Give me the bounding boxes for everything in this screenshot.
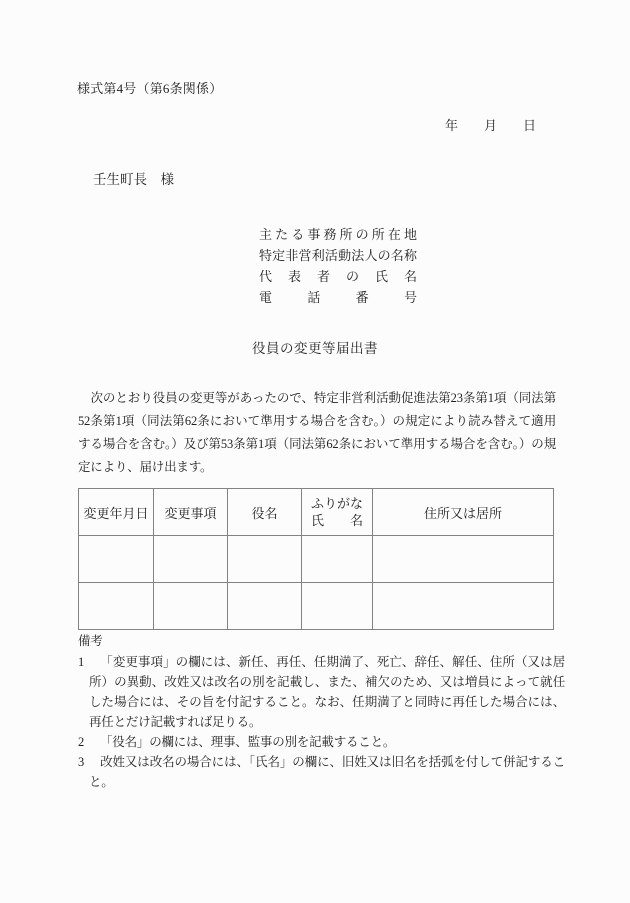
remark-text: 「変更事項」の欄には、新任、再任、任期満了、死亡、辞任、解任、住所（又は居所）の… (89, 655, 565, 729)
cell-change-item[interactable] (154, 536, 228, 583)
document-title: 役員の変更等届出書 (0, 337, 630, 357)
remark-number: 2 (78, 732, 100, 752)
sender-field-office-address[interactable]: 主たる事務所の所在地 (259, 224, 417, 245)
remark-text: 改姓又は改名の場合には、「氏名」の欄に、旧姓又は旧名を括弧を付して併記すること。 (89, 755, 565, 789)
cell-change-date[interactable] (79, 536, 154, 583)
remark-text: 「役名」の欄には、理事、監事の別を記載すること。 (100, 735, 395, 749)
sender-field-phone-number[interactable]: 電話番号 (259, 287, 417, 308)
furigana-name-label: ふりがな 氏 名 (311, 495, 363, 529)
sender-field-corporation-name[interactable]: 特定非営利活動法人の名称 (259, 245, 417, 266)
header-change-item: 変更事項 (154, 489, 228, 536)
header-officer-title: 役名 (228, 489, 302, 536)
name-label: 氏 名 (311, 513, 363, 528)
table-row (79, 536, 554, 583)
cell-officer-title[interactable] (228, 536, 302, 583)
cell-furigana-name[interactable] (302, 536, 373, 583)
cell-change-date[interactable] (79, 583, 154, 630)
remark-item-3: 3改姓又は改名の場合には、「氏名」の欄に、旧姓又は旧名を括弧を付して併記すること… (78, 752, 565, 792)
addressee-label: 壬生町長 様 (93, 168, 174, 188)
remark-number: 1 (78, 652, 100, 672)
header-address: 住所又は居所 (373, 489, 554, 536)
cell-furigana-name[interactable] (302, 583, 373, 630)
cell-change-item[interactable] (154, 583, 228, 630)
remark-number: 3 (78, 752, 100, 772)
officer-change-table: 変更年月日 変更事項 役名 ふりがな 氏 名 住所又は居所 (78, 488, 554, 630)
cell-address[interactable] (373, 583, 554, 630)
header-change-date: 変更年月日 (79, 489, 154, 536)
furigana-label: ふりがな (311, 496, 363, 511)
cell-address[interactable] (373, 536, 554, 583)
date-field[interactable]: 年 月 日 (445, 115, 536, 134)
sender-fields-block: 主たる事務所の所在地 特定非営利活動法人の名称 代表者の氏名 電話番号 (259, 224, 417, 308)
remark-item-2: 2「役名」の欄には、理事、監事の別を記載すること。 (78, 732, 565, 752)
remarks-heading: 備考 (78, 631, 565, 651)
remark-item-1: 1「変更事項」の欄には、新任、再任、任期満了、死亡、辞任、解任、住所（又は居所）… (78, 652, 565, 732)
table-row (79, 583, 554, 630)
header-furigana-name: ふりがな 氏 名 (302, 489, 373, 536)
remarks-section: 備考 1「変更事項」の欄には、新任、再任、任期満了、死亡、辞任、解任、住所（又は… (78, 631, 565, 792)
document-page: 様式第4号（第6条関係） 年 月 日 壬生町長 様 主たる事務所の所在地 特定非… (0, 0, 630, 903)
cell-officer-title[interactable] (228, 583, 302, 630)
sender-field-representative-name[interactable]: 代表者の氏名 (259, 266, 417, 287)
body-paragraph: 次のとおり役員の変更等があったので、特定非営利活動促進法第23条第1項（同法第5… (78, 387, 556, 479)
form-number-label: 様式第4号（第6条関係） (77, 78, 222, 97)
table-header-row: 変更年月日 変更事項 役名 ふりがな 氏 名 住所又は居所 (79, 489, 554, 536)
